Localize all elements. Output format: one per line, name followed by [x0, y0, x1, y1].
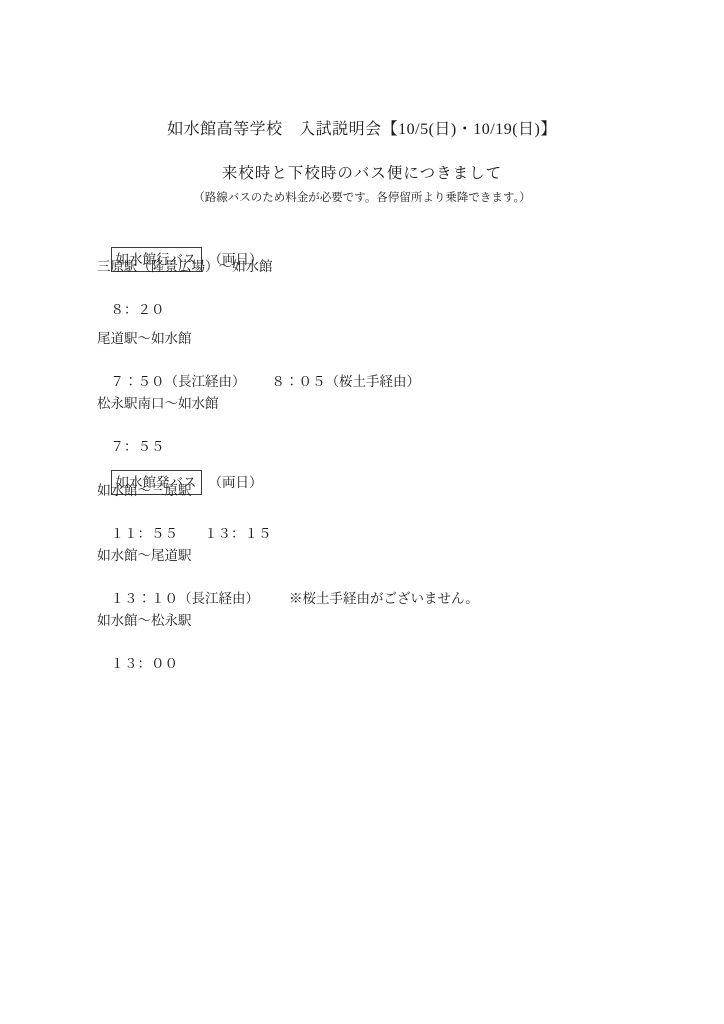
route-name-matsunaga-to-josuikan: 松永駅南口～如水館	[97, 394, 219, 414]
departure-time: １３：１５	[204, 526, 272, 541]
no-sakurodote-route-remark: ※桜土手経由がございません。	[289, 591, 479, 606]
page-subtitle: 来校時と下校時のバス便につきまして	[0, 161, 724, 183]
days-note: （両日）	[209, 475, 263, 490]
route-times: １３：００	[97, 634, 178, 694]
departure-time: ８：０５（桜土手経由）	[272, 374, 421, 389]
departure-time: ８：２０	[111, 302, 165, 317]
departure-time: １３：００	[111, 656, 179, 671]
route-name-mihara-to-josuikan: 三原駅（隆景広場）～如水館	[97, 257, 273, 277]
route-name-onomichi-to-josuikan: 尾道駅～如水館	[97, 329, 192, 349]
departure-time: ７：５０（長江経由）	[111, 374, 246, 389]
departure-time: １３：１０（長江経由）	[111, 591, 260, 606]
page-title: 如水館高等学校 入試説明会【10/5(日)・10/19(日)】	[0, 116, 724, 139]
route-name-josuikan-to-matsunaga: 如水館～松永駅	[97, 611, 192, 631]
fare-note: （路線バスのため料金が必要です。各停留所より乗降できます。）	[0, 189, 724, 205]
departure-time: １１：５５	[111, 526, 179, 541]
route-name-josuikan-to-mihara: 如水館～三原駅	[97, 481, 192, 501]
document-page: 如水館高等学校 入試説明会【10/5(日)・10/19(日)】 来校時と下校時の…	[0, 0, 724, 1024]
route-name-josuikan-to-onomichi: 如水館～尾道駅	[97, 546, 192, 566]
